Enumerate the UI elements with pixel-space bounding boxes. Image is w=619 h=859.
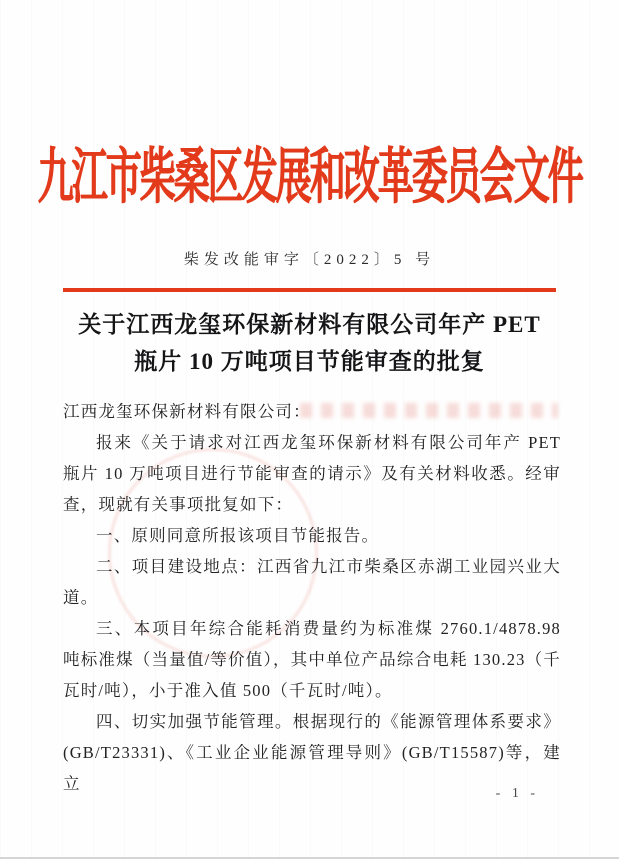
body-paragraph: 报来《关于请求对江西龙玺环保新材料有限公司年产 PET 瓶片 10 万吨项目进行… xyxy=(63,427,561,520)
red-header-org-title: 九江市柴桑区发展和改革委员会文件 xyxy=(0,130,619,216)
body-paragraph: 四、切实加强节能管理。根据现行的《能源管理体系要求》(GB/T23331)、《工… xyxy=(63,706,561,799)
document-title-line-1: 关于江西龙玺环保新材料有限公司年产 PET xyxy=(40,306,579,343)
document-title: 关于江西龙玺环保新材料有限公司年产 PET 瓶片 10 万吨项目节能审查的批复 xyxy=(40,306,579,380)
document-body: 江西龙玺环保新材料有限公司：报来《关于请求对江西龙玺环保新材料有限公司年产 PE… xyxy=(63,396,561,799)
document-title-line-2: 瓶片 10 万吨项目节能审查的批复 xyxy=(40,343,579,380)
red-separator-line xyxy=(63,288,556,292)
page-number: - 1 - xyxy=(496,786,539,802)
body-paragraph: 二、项目建设地点：江西省九江市柴桑区赤湖工业园兴业大道。 xyxy=(63,551,561,613)
document-reference-number: 柴发改能审字〔2022〕5 号 xyxy=(0,248,619,269)
body-paragraph: 三、本项目年综合能耗消费量约为标准煤 2760.1/4878.98 吨标准煤（当… xyxy=(63,613,561,706)
body-paragraph: 江西龙玺环保新材料有限公司： xyxy=(63,396,561,427)
scanned-official-document-page: 九江市柴桑区发展和改革委员会文件 柴发改能审字〔2022〕5 号 关于江西龙玺环… xyxy=(0,0,619,859)
body-paragraph: 一、原则同意所报该项目节能报告。 xyxy=(63,520,561,551)
